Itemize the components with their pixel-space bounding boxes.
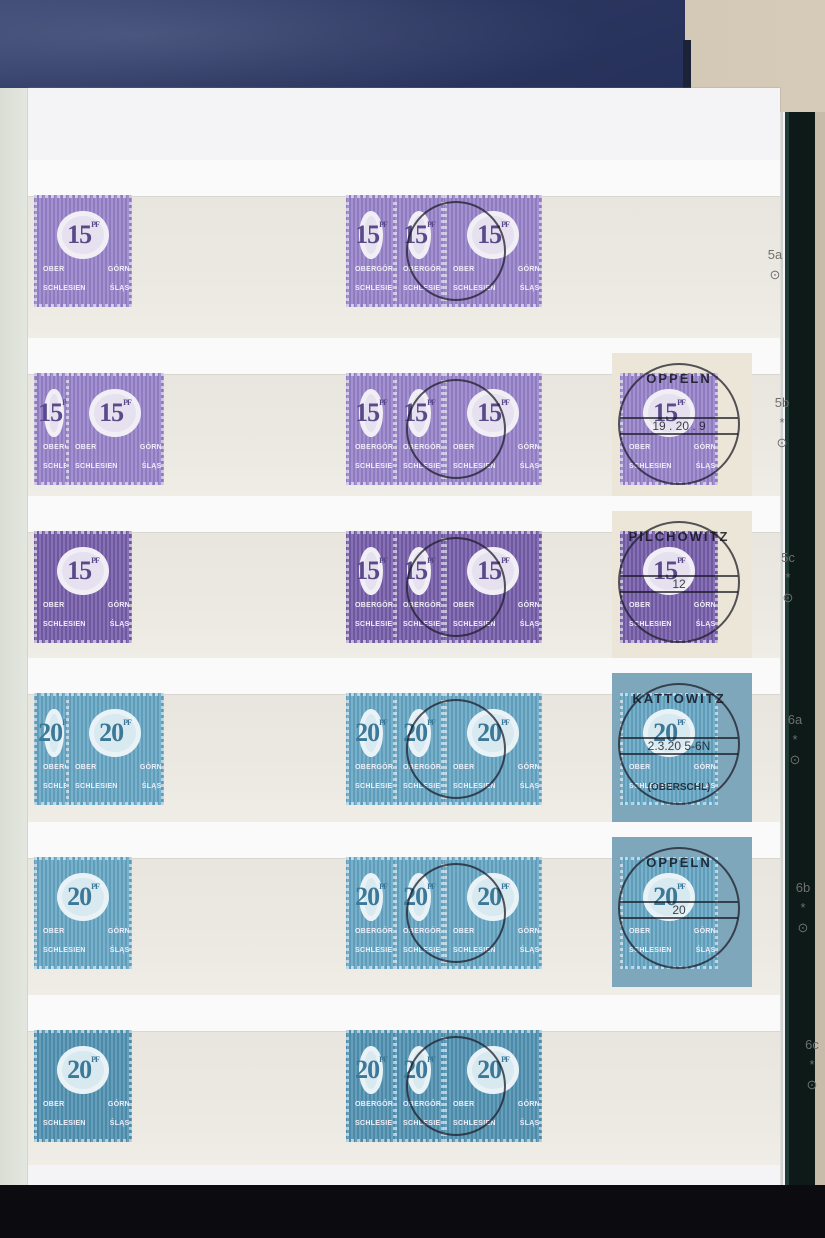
stamp[interactable]: 15PFOBERGÓRNYSCHLESIENŚLĄSK bbox=[394, 373, 444, 485]
stamp-value-oval: 20PF bbox=[407, 709, 432, 758]
catalog-annotation: 6a*⊙ bbox=[780, 710, 810, 770]
stamp-text-upper: OBERGÓRNY bbox=[623, 444, 718, 451]
stamp-value-oval: 15PF bbox=[467, 389, 519, 438]
stamp-denomination: 15PF bbox=[403, 220, 435, 250]
stamp-text-upper: OBERGÓRNY bbox=[447, 764, 542, 771]
stamp-value-oval: 20PF bbox=[643, 873, 695, 922]
catalog-annotation: 6c*⊙ bbox=[797, 1035, 825, 1095]
stamp-denomination: 20PF bbox=[477, 882, 509, 912]
stamp-text-upper: OBERGÓRNY bbox=[447, 928, 542, 935]
stamp[interactable]: 15PFOBERGÓRNYSCHLESIENŚLĄSK bbox=[620, 373, 718, 485]
annotation-line: ⊙ bbox=[773, 588, 803, 608]
stamp-text-upper: OBERGÓRNY bbox=[447, 266, 542, 273]
stamp-denomination: 15PF bbox=[403, 556, 435, 586]
stamp-text-upper: OBERGÓRNY bbox=[37, 602, 132, 609]
stamp[interactable]: 15PFOBERGÓRNYSCHLESIENŚLĄSK bbox=[346, 531, 396, 643]
stamp-text-lower: SCHLESIENŚLĄSK bbox=[397, 285, 444, 292]
stamp-text-upper: OBERGÓRNY bbox=[349, 1101, 396, 1108]
stamp-value-oval: 20PF bbox=[467, 709, 519, 758]
strip-lip bbox=[28, 160, 780, 196]
stamp-denomination: 15PF bbox=[653, 398, 685, 428]
stamp-text-lower: SCHLESIENŚLĄSK bbox=[397, 783, 444, 790]
stamp-value-oval: 15PF bbox=[407, 389, 432, 438]
stamp-text-upper: OBERGÓRNY bbox=[623, 764, 718, 771]
stamp-text-lower: SCHLESIENŚLĄSK bbox=[447, 621, 542, 628]
stamp-text-lower: SCHLESIENŚLĄSK bbox=[447, 947, 542, 954]
stamp-denomination: 15PF bbox=[403, 398, 435, 428]
stamp-denomination: 15PF bbox=[355, 220, 387, 250]
stamp[interactable]: 15PFOBERGÓRNYSCHLESIENŚLĄSK bbox=[34, 531, 132, 643]
stamp-value-oval: 15PF bbox=[359, 547, 384, 596]
strip-lip bbox=[28, 995, 780, 1031]
stamp-text-upper: OBERGÓRNY bbox=[397, 444, 444, 451]
stamp-text-upper: OBERGÓRNY bbox=[349, 764, 396, 771]
annotation-line: ⊙ bbox=[797, 1075, 825, 1095]
stamp-text-lower: SCHLESIENŚLĄSK bbox=[349, 783, 396, 790]
stamp-text-upper: OBERGÓRNY bbox=[37, 266, 132, 273]
annotation-line: ⊙ bbox=[760, 265, 790, 285]
catalog-annotation: 5b*⊙ bbox=[767, 393, 797, 453]
annotation-line: 6b bbox=[788, 878, 818, 898]
annotation-line: * bbox=[797, 1055, 825, 1075]
stamp[interactable]: 20PFOBERGÓRNYSCHLESIENŚLĄSK bbox=[394, 1030, 444, 1142]
annotation-line: 5a bbox=[760, 245, 790, 265]
annotation-line: * bbox=[773, 568, 803, 588]
stamp[interactable]: 20PFOBERGÓRNYSCHLESIENŚLĄSK bbox=[620, 693, 718, 805]
stamp-value-oval: 15PF bbox=[643, 547, 695, 596]
stamp-value-oval: 15PF bbox=[57, 547, 109, 596]
stamp-denomination: 15PF bbox=[653, 556, 685, 586]
stamp-text-lower: SCHLESIENŚLĄSK bbox=[623, 947, 718, 954]
stamp-text-upper: OBERGÓRNY bbox=[349, 928, 396, 935]
stamp-value-oval: 15PF bbox=[467, 211, 519, 260]
stamp-text-lower: SCHLESIENŚLĄSK bbox=[447, 783, 542, 790]
stamp-value-oval: 15PF bbox=[89, 389, 141, 438]
stamp-denomination: 20PF bbox=[653, 718, 685, 748]
stamp-denomination: 15PF bbox=[67, 556, 99, 586]
annotation-line: 5c bbox=[773, 548, 803, 568]
annotation-line: * bbox=[767, 413, 797, 433]
stamp[interactable]: 20PFOBERGÓRNYSCHLESIENŚLĄSK bbox=[346, 857, 396, 969]
stamp-text-lower: SCHLESIENŚLĄSK bbox=[37, 621, 132, 628]
stamp-denomination: 20PF bbox=[477, 718, 509, 748]
stamp[interactable]: 15PFOBERGÓRNYSCHLESIENŚLĄSK bbox=[346, 195, 396, 307]
stamp[interactable]: 20PFOBERGÓRNYSCHLESIENŚLĄSK bbox=[444, 1030, 542, 1142]
stamp-value-oval: 20PF bbox=[359, 873, 384, 922]
stamp-value-oval: 20PF bbox=[407, 1046, 432, 1095]
stamp-denomination: 15PF bbox=[99, 398, 131, 428]
stamp[interactable]: 20PFOBERGÓRNYSCHLESIENŚLĄSK bbox=[444, 857, 542, 969]
stamp[interactable]: 15PFOBERGÓRNYSCHLESIENŚLĄSK bbox=[444, 531, 542, 643]
stamp-value-oval: 15PF bbox=[643, 389, 695, 438]
stamp[interactable]: 20PFOBERGÓRNYSCHLESIENŚLĄSK bbox=[346, 693, 396, 805]
stamp-text-upper: OBERGÓRNY bbox=[397, 928, 444, 935]
stamp-text-upper: OBERGÓRNY bbox=[349, 602, 396, 609]
stamp-text-lower: SCHLESIENŚLĄSK bbox=[37, 947, 132, 954]
stamp-text-upper: OBERGÓRNY bbox=[623, 928, 718, 935]
stamp-text-lower: SCHLESIENŚLĄSK bbox=[447, 463, 542, 470]
stamp-denomination: 15PF bbox=[477, 556, 509, 586]
stamp-value-oval: 20PF bbox=[57, 873, 109, 922]
stamp-value-oval: 15PF bbox=[57, 211, 109, 260]
stamp-value-oval: 20PF bbox=[467, 1046, 519, 1095]
stamp-text-upper: OBERGÓRNY bbox=[397, 764, 444, 771]
catalog-annotation: 5a⊙ bbox=[760, 245, 790, 285]
stamp-text-lower: SCHLESIENŚLĄSK bbox=[69, 463, 164, 470]
annotation-line: * bbox=[780, 730, 810, 750]
stamp-text-lower: SCHLESIENŚLĄSK bbox=[447, 285, 542, 292]
stamp-value-oval: 15PF bbox=[467, 547, 519, 596]
stamp-denomination: 20PF bbox=[67, 1055, 99, 1085]
stamp-denomination: 15PF bbox=[477, 220, 509, 250]
stamp-denomination: 20PF bbox=[67, 882, 99, 912]
stamp-text-lower: SCHLESIENŚLĄSK bbox=[397, 463, 444, 470]
stamp[interactable]: 15PFOBERGÓRNYSCHLESIENŚLĄSK bbox=[346, 373, 396, 485]
stamp-text-lower: SCHLESIENŚLĄSK bbox=[623, 783, 718, 790]
stamp-value-oval: 15PF bbox=[359, 389, 384, 438]
stamp-value-oval: 20PF bbox=[359, 709, 384, 758]
stamp-denomination: 20PF bbox=[355, 882, 387, 912]
stamp-denomination: 15PF bbox=[355, 398, 387, 428]
stamp-value-oval: 20PF bbox=[407, 873, 432, 922]
catalog-annotation: 5c*⊙ bbox=[773, 548, 803, 608]
stamp-denomination: 20PF bbox=[403, 882, 435, 912]
stamp-text-upper: OBERGÓRNY bbox=[69, 764, 164, 771]
stamp-text-lower: SCHLESIENŚLĄSK bbox=[349, 463, 396, 470]
stamp-text-upper: OBERGÓRNY bbox=[623, 602, 718, 609]
stamp[interactable]: 20PFOBERGÓRNYSCHLESIENŚLĄSK bbox=[620, 857, 718, 969]
stamp-denomination: 15PF bbox=[67, 220, 99, 250]
stamp-text-upper: OBERGÓRNY bbox=[37, 1101, 132, 1108]
stamp[interactable]: 15PFOBERGÓRNYSCHLESIENŚLĄSK bbox=[34, 195, 132, 307]
stamp[interactable]: 15PFOBERGÓRNYSCHLESIENŚLĄSK bbox=[66, 373, 164, 485]
stamp-text-lower: SCHLESIENŚLĄSK bbox=[69, 783, 164, 790]
stamp-text-lower: SCHLESIENŚLĄSK bbox=[623, 463, 718, 470]
stamp-value-oval: 20PF bbox=[57, 1046, 109, 1095]
stamp-denomination: 20PF bbox=[355, 1055, 387, 1085]
stamp[interactable]: 15PFOBERGÓRNYSCHLESIENŚLĄSK bbox=[394, 531, 444, 643]
stamp-value-oval: 20PF bbox=[89, 709, 141, 758]
stamp-text-lower: SCHLESIENŚLĄSK bbox=[349, 285, 396, 292]
stamp-denomination: 15PF bbox=[477, 398, 509, 428]
stamp-value-oval: 15PF bbox=[44, 389, 63, 438]
stamp[interactable]: 20PFOBERGÓRNYSCHLESIENŚLĄSK bbox=[66, 693, 164, 805]
stamp-value-oval: 15PF bbox=[407, 547, 432, 596]
album-bottom-edge bbox=[0, 1185, 825, 1238]
annotation-line: 6c bbox=[797, 1035, 825, 1055]
stamp-denomination: 20PF bbox=[477, 1055, 509, 1085]
stamp-text-upper: OBERGÓRNY bbox=[447, 444, 542, 451]
stamp[interactable]: 15PFOBERGÓRNYSCHLESIENŚLĄSK bbox=[444, 373, 542, 485]
stamp-denomination: 20PF bbox=[403, 1055, 435, 1085]
stamp-denomination: 20PF bbox=[653, 882, 685, 912]
stamp-value-oval: 15PF bbox=[359, 211, 384, 260]
stamp-value-oval: 20PF bbox=[359, 1046, 384, 1095]
stamp-value-oval: 20PF bbox=[643, 709, 695, 758]
stamp[interactable]: 15PFOBERGÓRNYSCHLESIENŚLĄSK bbox=[620, 531, 718, 643]
stamp-text-lower: SCHLESIENŚLĄSK bbox=[623, 621, 718, 628]
stamp[interactable]: 20PFOBERGÓRNYSCHLESIENŚLĄSK bbox=[444, 693, 542, 805]
stamp-text-lower: SCHLESIENŚLĄSK bbox=[37, 1120, 132, 1127]
annotation-line: ⊙ bbox=[788, 918, 818, 938]
annotation-line: ⊙ bbox=[767, 433, 797, 453]
annotation-line: ⊙ bbox=[780, 750, 810, 770]
stamp[interactable]: 20PFOBERGÓRNYSCHLESIENŚLĄSK bbox=[394, 693, 444, 805]
stamp-text-upper: OBERGÓRNY bbox=[349, 266, 396, 273]
stamp-value-oval: 20PF bbox=[44, 709, 63, 758]
annotation-line: * bbox=[788, 898, 818, 918]
stamp[interactable]: 15PFOBERGÓRNYSCHLESIENŚLĄSK bbox=[394, 195, 444, 307]
stamp[interactable]: 20PFOBERGÓRNYSCHLESIENŚLĄSK bbox=[34, 1030, 132, 1142]
stamp-text-lower: SCHLESIENŚLĄSK bbox=[397, 947, 444, 954]
stamp-text-upper: OBERGÓRNY bbox=[397, 1101, 444, 1108]
stamp-text-lower: SCHLESIENŚLĄSK bbox=[349, 947, 396, 954]
stamp-text-lower: SCHLESIENŚLĄSK bbox=[447, 1120, 542, 1127]
stamp[interactable]: 15PFOBERGÓRNYSCHLESIENŚLĄSK bbox=[444, 195, 542, 307]
stamp-text-upper: OBERGÓRNY bbox=[37, 928, 132, 935]
stamp-text-upper: OBERGÓRNY bbox=[349, 444, 396, 451]
stamp-text-lower: SCHLESIENŚLĄSK bbox=[397, 621, 444, 628]
stamp-denomination: 20PF bbox=[403, 718, 435, 748]
stamp-text-upper: OBERGÓRNY bbox=[447, 1101, 542, 1108]
catalog-annotation: 6b*⊙ bbox=[788, 878, 818, 938]
stamp-denomination: 20PF bbox=[355, 718, 387, 748]
annotation-line: 6a bbox=[780, 710, 810, 730]
stamp-text-lower: SCHLESIENŚLĄSK bbox=[349, 621, 396, 628]
stamp-denomination: 20PF bbox=[99, 718, 131, 748]
stamp-text-upper: OBERGÓRNY bbox=[397, 266, 444, 273]
stamp-text-upper: OBERGÓRNY bbox=[397, 602, 444, 609]
stamp-denomination: 15PF bbox=[355, 556, 387, 586]
stamp-text-lower: SCHLESIENŚLĄSK bbox=[349, 1120, 396, 1127]
stamp[interactable]: 20PFOBERGÓRNYSCHLESIENŚLĄSK bbox=[34, 857, 132, 969]
stamp[interactable]: 20PFOBERGÓRNYSCHLESIENŚLĄSK bbox=[346, 1030, 396, 1142]
stamp[interactable]: 20PFOBERGÓRNYSCHLESIENŚLĄSK bbox=[394, 857, 444, 969]
annotation-line: 5b bbox=[767, 393, 797, 413]
stamp-value-oval: 15PF bbox=[407, 211, 432, 260]
stamp-text-upper: OBERGÓRNY bbox=[69, 444, 164, 451]
stamp-text-lower: SCHLESIENŚLĄSK bbox=[397, 1120, 444, 1127]
page-hinge bbox=[0, 88, 31, 1188]
stamp-text-lower: SCHLESIENŚLĄSK bbox=[37, 285, 132, 292]
stamp-text-upper: OBERGÓRNY bbox=[447, 602, 542, 609]
stamp-value-oval: 20PF bbox=[467, 873, 519, 922]
